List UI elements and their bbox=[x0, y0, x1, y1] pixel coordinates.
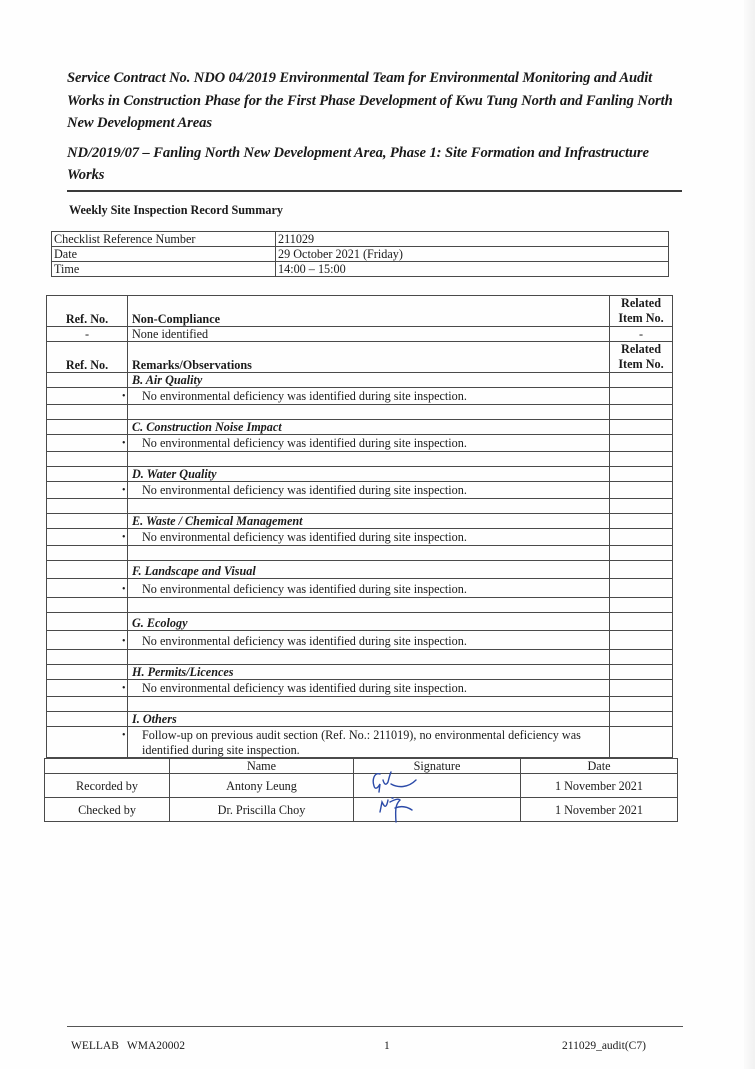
remarks-category-row: B. Air Quality bbox=[47, 373, 673, 388]
ref-no-cell bbox=[47, 435, 128, 452]
remarks-blank-cell bbox=[128, 650, 610, 665]
remarks-category-title: F. Landscape and Visual bbox=[128, 561, 610, 579]
footer-file-ref: 211029_audit(C7) bbox=[562, 1040, 646, 1052]
ref-no-cell bbox=[47, 613, 128, 631]
remarks-category-title: H. Permits/Licences bbox=[128, 665, 610, 680]
observation-text: No environmental deficiency was identifi… bbox=[132, 389, 605, 404]
spacer-row bbox=[47, 499, 673, 514]
related-item-header: Related Item No. bbox=[610, 296, 673, 327]
ref-no-cell bbox=[47, 467, 128, 482]
remarks-category-row: E. Waste / Chemical Management bbox=[47, 514, 673, 529]
table-row: No environmental deficiency was identifi… bbox=[47, 529, 673, 546]
spacer-row bbox=[47, 697, 673, 712]
related-item-cell bbox=[610, 373, 673, 388]
non-compliance-header-row: Ref. No. Non-Compliance Related Item No. bbox=[47, 296, 673, 327]
remarks-observation: No environmental deficiency was identifi… bbox=[128, 680, 610, 697]
related-item-cell bbox=[610, 388, 673, 405]
remarks-category-title: D. Water Quality bbox=[128, 467, 610, 482]
related-item-cell: - bbox=[610, 327, 673, 342]
ref-no-header: Ref. No. bbox=[47, 342, 128, 373]
related-item-cell bbox=[610, 665, 673, 680]
observations-table: Ref. No. Non-Compliance Related Item No.… bbox=[46, 295, 673, 758]
spacer-row bbox=[47, 405, 673, 420]
page-number: 1 bbox=[384, 1040, 390, 1052]
remarks-observation: No environmental deficiency was identifi… bbox=[128, 388, 610, 405]
remarks-blank-cell bbox=[128, 405, 610, 420]
ref-no-cell bbox=[47, 514, 128, 529]
remarks-category-title: G. Ecology bbox=[128, 613, 610, 631]
remarks-category-title: E. Waste / Chemical Management bbox=[128, 514, 610, 529]
remarks-blank-cell bbox=[128, 499, 610, 514]
related-item-cell bbox=[610, 680, 673, 697]
observation-text: No environmental deficiency was identifi… bbox=[132, 681, 605, 696]
observation-text: No environmental deficiency was identifi… bbox=[132, 634, 605, 649]
table-row: No environmental deficiency was identifi… bbox=[47, 435, 673, 452]
observation-text: No environmental deficiency was identifi… bbox=[132, 436, 605, 451]
info-label: Date bbox=[52, 247, 276, 262]
remarks-observation: Follow-up on previous audit section (Ref… bbox=[128, 727, 610, 758]
spacer-row bbox=[47, 546, 673, 561]
spacer-row bbox=[47, 452, 673, 467]
remarks-observation: No environmental deficiency was identifi… bbox=[128, 435, 610, 452]
info-value: 29 October 2021 (Friday) bbox=[276, 247, 669, 262]
header-divider bbox=[67, 190, 682, 192]
handwritten-signature-icon bbox=[368, 792, 458, 842]
ref-no-cell bbox=[47, 712, 128, 727]
footer-code: WMA20002 bbox=[127, 1040, 185, 1052]
remarks-category-row: G. Ecology bbox=[47, 613, 673, 631]
name-header: Name bbox=[170, 759, 354, 774]
table-row: No environmental deficiency was identifi… bbox=[47, 482, 673, 499]
observation-text: No environmental deficiency was identifi… bbox=[132, 530, 605, 545]
ref-no-cell bbox=[47, 405, 128, 420]
ref-no-cell bbox=[47, 482, 128, 499]
role-cell: Recorded by bbox=[45, 774, 170, 798]
info-label: Checklist Reference Number bbox=[52, 232, 276, 247]
page-edge-shadow bbox=[744, 0, 755, 1069]
table-row: No environmental deficiency was identifi… bbox=[47, 579, 673, 598]
remarks-observation: No environmental deficiency was identifi… bbox=[128, 631, 610, 650]
signoff-header-row: Name Signature Date bbox=[45, 759, 678, 774]
remarks-observation: No environmental deficiency was identifi… bbox=[128, 529, 610, 546]
related-item-cell bbox=[610, 514, 673, 529]
signoff-row: Recorded by Antony Leung 1 November 2021 bbox=[45, 774, 678, 798]
remarks-category-row: H. Permits/Licences bbox=[47, 665, 673, 680]
non-compliance-header: Non-Compliance bbox=[128, 296, 610, 327]
ref-no-cell bbox=[47, 546, 128, 561]
ref-no-cell bbox=[47, 452, 128, 467]
remarks-observation: No environmental deficiency was identifi… bbox=[128, 579, 610, 598]
remarks-observation: No environmental deficiency was identifi… bbox=[128, 482, 610, 499]
remarks-blank-cell bbox=[128, 546, 610, 561]
related-item-cell bbox=[610, 529, 673, 546]
table-row: No environmental deficiency was identifi… bbox=[47, 680, 673, 697]
remarks-category-title: C. Construction Noise Impact bbox=[128, 420, 610, 435]
related-item-header: Related Item No. bbox=[610, 342, 673, 373]
signoff-table: Name Signature Date Recorded by Antony L… bbox=[44, 758, 678, 822]
remarks-header-row: Ref. No. Remarks/Observations Related It… bbox=[47, 342, 673, 373]
date-header: Date bbox=[521, 759, 678, 774]
remarks-blank-cell bbox=[128, 598, 610, 613]
related-item-cell bbox=[610, 546, 673, 561]
ref-no-cell bbox=[47, 373, 128, 388]
related-item-cell bbox=[610, 435, 673, 452]
footer-divider bbox=[67, 1026, 683, 1027]
ref-no-cell bbox=[47, 388, 128, 405]
info-value: 211029 bbox=[276, 232, 669, 247]
document-header: Service Contract No. NDO 04/2019 Environ… bbox=[67, 67, 687, 187]
remarks-body: B. Air QualityNo environmental deficienc… bbox=[47, 373, 673, 758]
spacer-row bbox=[47, 598, 673, 613]
ref-no-cell bbox=[47, 420, 128, 435]
ref-no-cell bbox=[47, 529, 128, 546]
related-item-cell bbox=[610, 598, 673, 613]
remarks-category-row: F. Landscape and Visual bbox=[47, 561, 673, 579]
related-item-cell bbox=[610, 405, 673, 420]
info-value: 14:00 – 15:00 bbox=[276, 262, 669, 277]
related-item-cell bbox=[610, 712, 673, 727]
ref-no-cell bbox=[47, 650, 128, 665]
ref-no-cell: - bbox=[47, 327, 128, 342]
related-item-cell bbox=[610, 650, 673, 665]
related-item-cell bbox=[610, 613, 673, 631]
observation-text: Follow-up on previous audit section (Ref… bbox=[132, 728, 605, 757]
related-item-cell bbox=[610, 482, 673, 499]
ref-no-cell bbox=[47, 579, 128, 598]
remarks-category-title: B. Air Quality bbox=[128, 373, 610, 388]
remarks-blank-cell bbox=[128, 452, 610, 467]
contract-title: Service Contract No. NDO 04/2019 Environ… bbox=[67, 67, 687, 135]
related-item-cell bbox=[610, 420, 673, 435]
remarks-category-title: I. Others bbox=[128, 712, 610, 727]
date-cell: 1 November 2021 bbox=[521, 798, 678, 822]
observation-text: No environmental deficiency was identifi… bbox=[132, 483, 605, 498]
related-item-cell bbox=[610, 499, 673, 514]
table-row: - None identified - bbox=[47, 327, 673, 342]
ref-no-cell bbox=[47, 499, 128, 514]
table-row: No environmental deficiency was identifi… bbox=[47, 388, 673, 405]
remarks-category-row: D. Water Quality bbox=[47, 467, 673, 482]
ref-no-cell bbox=[47, 665, 128, 680]
non-compliance-cell: None identified bbox=[128, 327, 610, 342]
name-cell: Antony Leung bbox=[170, 774, 354, 798]
section-title: Weekly Site Inspection Record Summary bbox=[69, 203, 283, 218]
ref-no-cell bbox=[47, 561, 128, 579]
spacer-row bbox=[47, 650, 673, 665]
footer-doc-code: WELLABWMA20002 bbox=[71, 1040, 185, 1052]
related-item-cell bbox=[610, 467, 673, 482]
ref-no-cell bbox=[47, 598, 128, 613]
related-item-cell bbox=[610, 727, 673, 758]
ref-no-header: Ref. No. bbox=[47, 296, 128, 327]
related-item-cell bbox=[610, 561, 673, 579]
role-header bbox=[45, 759, 170, 774]
observation-text: No environmental deficiency was identifi… bbox=[132, 582, 605, 597]
ref-no-cell bbox=[47, 680, 128, 697]
info-row: Checklist Reference Number 211029 bbox=[52, 232, 669, 247]
related-item-cell bbox=[610, 579, 673, 598]
footer-company: WELLAB bbox=[71, 1040, 119, 1052]
ref-no-cell bbox=[47, 727, 128, 758]
table-row: Follow-up on previous audit section (Ref… bbox=[47, 727, 673, 758]
related-item-cell bbox=[610, 697, 673, 712]
signoff-row: Checked by Dr. Priscilla Choy 1 November… bbox=[45, 798, 678, 822]
remarks-header: Remarks/Observations bbox=[128, 342, 610, 373]
remarks-category-row: C. Construction Noise Impact bbox=[47, 420, 673, 435]
date-cell: 1 November 2021 bbox=[521, 774, 678, 798]
signature-cell bbox=[354, 798, 521, 822]
inspection-info-table: Checklist Reference Number 211029 Date 2… bbox=[51, 231, 669, 277]
ref-no-cell bbox=[47, 631, 128, 650]
related-item-cell bbox=[610, 452, 673, 467]
role-cell: Checked by bbox=[45, 798, 170, 822]
info-row: Time 14:00 – 15:00 bbox=[52, 262, 669, 277]
related-item-cell bbox=[610, 631, 673, 650]
remarks-category-row: I. Others bbox=[47, 712, 673, 727]
remarks-blank-cell bbox=[128, 697, 610, 712]
table-row: No environmental deficiency was identifi… bbox=[47, 631, 673, 650]
contract-subtitle: ND/2019/07 – Fanling North New Developme… bbox=[67, 142, 687, 187]
info-row: Date 29 October 2021 (Friday) bbox=[52, 247, 669, 262]
info-label: Time bbox=[52, 262, 276, 277]
ref-no-cell bbox=[47, 697, 128, 712]
name-cell: Dr. Priscilla Choy bbox=[170, 798, 354, 822]
